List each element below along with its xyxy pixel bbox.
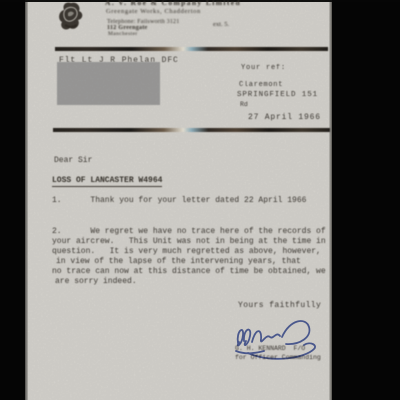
redacted-address-block <box>57 62 160 105</box>
signature-icon <box>230 313 332 369</box>
reference-line-2: SPRINGFIELD 151 <box>237 91 318 99</box>
reference-line-1: Claremont <box>239 81 283 89</box>
salutation: Dear Sir <box>54 156 92 165</box>
closing-phrase: Yours faithfully <box>238 301 321 310</box>
paragraph-1: 1. Thank you for your letter dated 22 Ap… <box>52 196 306 205</box>
scanned-letter-page: A. V. Roe & Company Limited Greengate Wo… <box>0 0 400 400</box>
letterhead-company-name: A. V. Roe & Company Limited <box>105 0 241 7</box>
paragraph-2-line-5: no trace can now at this distance of tim… <box>52 267 326 276</box>
reference-line-3: Rd <box>240 101 248 108</box>
paragraph-2-line-6: are sorry indeed. <box>55 277 137 286</box>
reference-label: Your ref: <box>241 64 286 72</box>
paragraph-2-line-2: your aircrew. This Unit was not in being… <box>52 237 326 246</box>
horizontal-rule-bottom <box>53 128 330 132</box>
letter-date: 27 April 1966 <box>248 113 321 122</box>
letterhead-city-line: Manchester <box>108 31 138 37</box>
paragraph-2-line-4: in view of the lapse of the intervening … <box>56 257 301 266</box>
paragraph-2-line-3: question. It is very much regretted as a… <box>52 247 321 256</box>
paragraph-2-line-1: 2. We regret we have no trace here of th… <box>52 227 326 236</box>
letterhead-address-line: Greengate Works, Chadderton <box>106 8 201 15</box>
subject-line: LOSS OF LANCASTER W4964 <box>52 176 162 187</box>
horizontal-rule-top <box>55 47 328 51</box>
royal-crest-icon <box>56 1 86 34</box>
paper-edge-left <box>25 0 28 400</box>
letterhead-extension: ext. 5. <box>213 21 229 28</box>
